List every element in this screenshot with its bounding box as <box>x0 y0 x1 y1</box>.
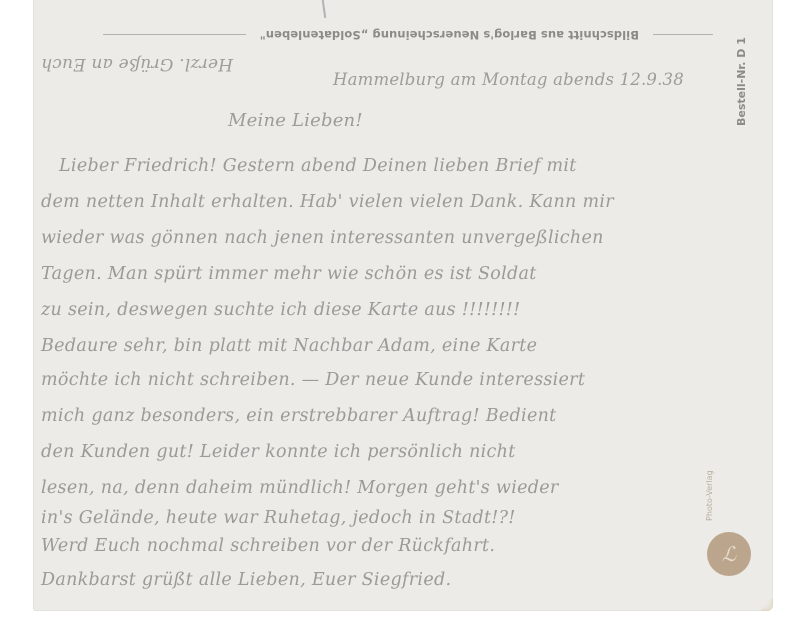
letter-line: den Kunden gut! Leider konnte ich persön… <box>41 442 516 462</box>
caption-rule-left <box>653 35 713 36</box>
order-number: Bestell-Nr. D 1 <box>735 0 761 126</box>
letter-line: wieder was gönnen nach jenen interessant… <box>41 228 604 248</box>
upside-down-greeting: Herzl. Grüße an Euch <box>41 54 233 74</box>
letter-line: zu sein, deswegen suchte ich diese Karte… <box>41 300 520 320</box>
letter-line: dem netten Inhalt erhalten. Hab' vielen … <box>41 192 614 212</box>
place-date: Hammelburg am Montag abends 12.9.38 <box>333 70 684 89</box>
letter-line: mich ganz besonders, ein erstrebbarer Au… <box>41 406 557 426</box>
letter-line: Werd Euch nochmal schreiben vor der Rück… <box>41 536 495 556</box>
caption-rule-right <box>103 35 246 36</box>
letter-line: Bedaure sehr, bin platt mit Nachbar Adam… <box>41 336 537 356</box>
letter-line: möchte ich nicht schreiben. — Der neue K… <box>41 370 585 390</box>
publisher-mark: Photo-Verlag <box>705 441 725 521</box>
postcard-back: Bildschnitt aus Barlog's Neuerscheinung … <box>33 0 773 611</box>
caption-text: Bildschnitt aus Barlog's Neuerscheinung … <box>260 28 639 42</box>
printed-caption: Bildschnitt aus Barlog's Neuerscheinung … <box>103 28 713 42</box>
salutation: Meine Lieben! <box>228 110 363 131</box>
publisher-seal-icon: ℒ <box>707 532 751 576</box>
letter-line: Lieber Friedrich! Gestern abend Deinen l… <box>59 156 577 176</box>
pen-stroke <box>322 0 326 18</box>
letter-line: Tagen. Man spürt immer mehr wie schön es… <box>41 264 537 284</box>
letter-closing: Dankbarst grüßt alle Lieben, Euer Siegfr… <box>41 570 451 590</box>
letter-line: lesen, na, denn daheim mündlich! Morgen … <box>41 478 559 498</box>
seal-glyph: ℒ <box>722 542 736 566</box>
letter-line: in's Gelände, heute war Ruhetag, jedoch … <box>41 508 516 528</box>
postcard-scan: Bildschnitt aus Barlog's Neuerscheinung … <box>0 0 800 633</box>
